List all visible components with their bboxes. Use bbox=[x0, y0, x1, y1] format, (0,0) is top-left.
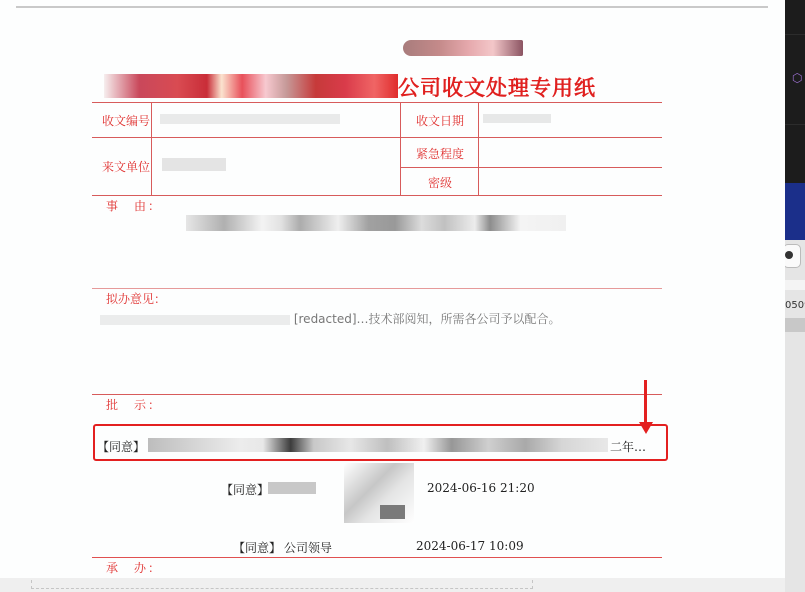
side-panel: ⬡ 0509 bbox=[785, 0, 805, 592]
divider bbox=[785, 124, 805, 125]
side-panel-dark-area bbox=[785, 0, 805, 183]
redacted-signature-mark bbox=[380, 505, 405, 519]
divider bbox=[785, 34, 805, 35]
table-divider bbox=[400, 167, 662, 168]
form-title: 公司收文处理专用纸 bbox=[398, 72, 596, 102]
receive-date-label: 收文日期 bbox=[416, 112, 464, 129]
table-divider bbox=[92, 137, 662, 138]
section-divider bbox=[92, 288, 662, 289]
approval-3-timestamp: 2024-06-17 10:09 bbox=[416, 539, 524, 553]
next-page-edge bbox=[31, 580, 533, 589]
subject-label: 事 由： bbox=[106, 197, 162, 214]
proposal-label: 拟办意见： bbox=[106, 290, 166, 307]
receive-date-value bbox=[483, 114, 551, 123]
doc-number-value bbox=[160, 114, 340, 124]
section-divider bbox=[92, 394, 662, 395]
approval-2-signer bbox=[268, 482, 316, 494]
approval-text-redacted bbox=[148, 438, 608, 452]
approval-3-tag: 【同意】 bbox=[233, 539, 281, 556]
redacted-company-name bbox=[104, 74, 398, 98]
table-col-divider bbox=[151, 102, 152, 195]
approval-tag: 【同意】 bbox=[97, 438, 145, 455]
proposal-text: [redacted]…技术部阅知，所需各公司予以配合。 bbox=[100, 310, 561, 327]
cube-icon[interactable]: ⬡ bbox=[792, 72, 802, 84]
table-col-divider bbox=[478, 102, 479, 195]
side-panel-blue-area bbox=[785, 183, 805, 240]
urgency-label: 紧急程度 bbox=[416, 145, 464, 162]
approval-2-tag: 【同意】 bbox=[221, 481, 269, 498]
side-panel-scrollbar[interactable] bbox=[785, 318, 805, 332]
approval-2-timestamp: 2024-06-16 21:20 bbox=[427, 481, 535, 495]
instruction-label: 批 示： bbox=[106, 396, 162, 413]
table-border-top bbox=[92, 102, 662, 103]
table-border-bottom bbox=[92, 195, 662, 196]
secrecy-label: 密级 bbox=[428, 174, 452, 191]
approval-3-signer: 公司领导 bbox=[284, 539, 332, 556]
redacted-header bbox=[403, 40, 523, 56]
approval-tail: 二年… bbox=[610, 438, 646, 455]
annotation-arrow bbox=[644, 380, 647, 426]
receipt-form: 公司收文处理专用纸 收文编号 收文日期 来文单位 紧急程度 密级 事 由： 拟办… bbox=[0, 0, 785, 592]
section-divider bbox=[92, 557, 662, 558]
side-panel-row bbox=[785, 280, 805, 290]
sender-label: 来文单位 bbox=[102, 158, 150, 175]
side-panel-number: 0509 bbox=[785, 300, 805, 311]
doc-number-label: 收文编号 bbox=[102, 112, 150, 129]
arrow-head-icon bbox=[639, 422, 653, 434]
document-viewer: 公司收文处理专用纸 收文编号 收文日期 来文单位 紧急程度 密级 事 由： 拟办… bbox=[0, 0, 785, 592]
subject-text bbox=[186, 215, 566, 231]
sender-value bbox=[162, 158, 226, 171]
table-col-divider bbox=[400, 102, 401, 195]
record-icon bbox=[785, 251, 793, 259]
handling-label: 承 办： bbox=[106, 559, 162, 576]
